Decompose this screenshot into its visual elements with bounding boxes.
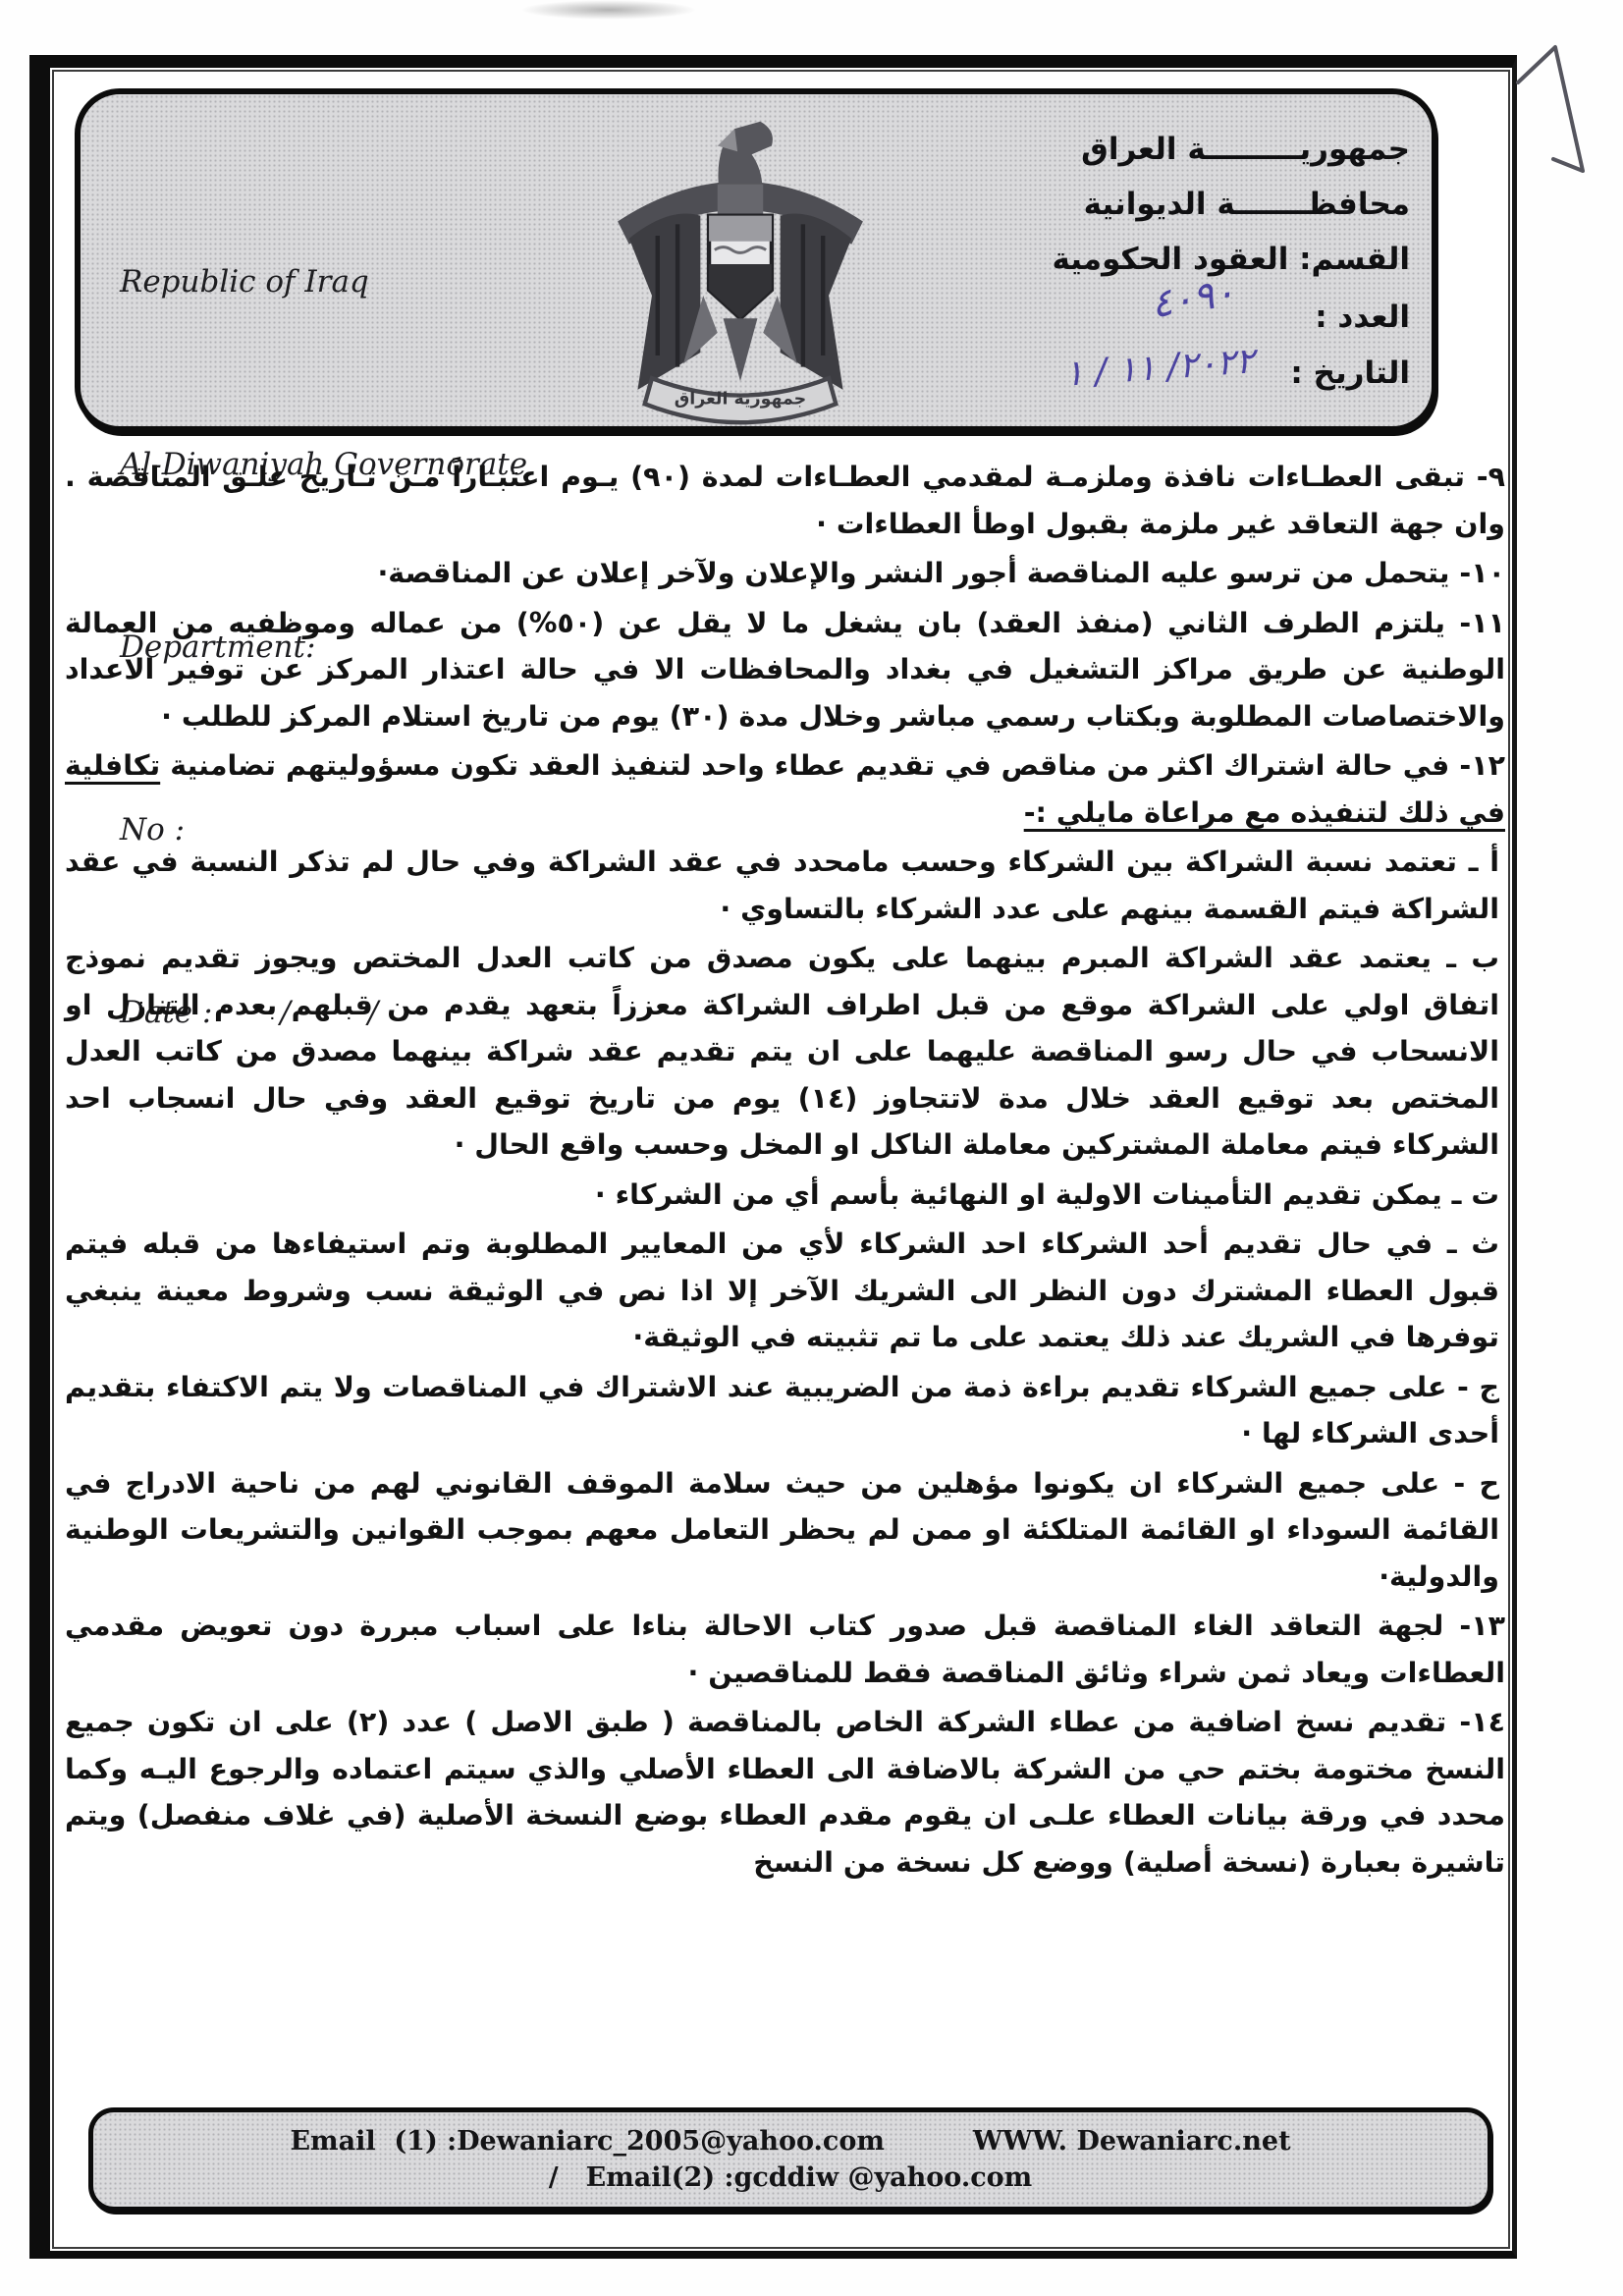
country-name-en: Republic of Iraq (120, 251, 527, 312)
country-name-ar: جمهوريـــــــــة العراق (958, 122, 1410, 177)
emblem-banner-text: جمهورية العراق (675, 389, 806, 409)
document-date-line: التاريخ : ٢٠٢٢/ ١١ / ١ (958, 345, 1410, 401)
clause-10: ١٠- يتحمل من ترسو عليه المناقصة أجور الن… (65, 550, 1505, 597)
document-number-line: العدد : ٤٠٩٠ (958, 287, 1410, 345)
clause-13: ١٣- لجهة التعاقد الغاء المناقصة قبل صدور… (65, 1603, 1505, 1696)
clause-12-t: ت ـ يمكن تقديم التأمينات الاولية او النه… (65, 1172, 1505, 1219)
number-label-ar: العدد : (1315, 300, 1410, 335)
document-date-handwritten: ٢٠٢٢/ ١١ / ١ (1062, 334, 1256, 402)
clause-12: ١٢- في حالة اشتراك اكثر من مناقص في تقدي… (65, 742, 1505, 836)
document-body: ٩- تبقى العطـاءات نافذة وملزمـة لمقدمي ا… (65, 454, 1505, 1888)
footer-website: WWW. Dewaniarc.net (973, 2126, 1291, 2157)
footer-email-2: Email(2) :gcddiw @yahoo.com (586, 2162, 1033, 2193)
clause-12-a: أ ـ تعتمد نسبة الشراكة بين الشركاء وحسب … (65, 839, 1505, 932)
clause-12-j: ج - على جميع الشركاء تقديم براءة ذمة من … (65, 1364, 1505, 1457)
clause-12-b: ب ـ يعتمد عقد الشراكة المبرم بينهما على … (65, 935, 1505, 1169)
iraq-eagle-emblem: جمهورية العراق (583, 116, 897, 444)
footer-contact-box: Email (1) :Dewaniarc_2005@yahoo.com WWW.… (88, 2107, 1492, 2212)
clause-12-th: ث ـ في حال تقديم أحد الشركاء احد الشركاء… (65, 1221, 1505, 1361)
pen-checkmark (1512, 41, 1622, 194)
footer-line-1: Email (1) :Dewaniarc_2005@yahoo.com WWW.… (93, 2126, 1488, 2157)
clause-11: ١١- يلتزم الطرف الثاني (منفذ العقد) بان … (65, 600, 1505, 740)
governorate-name-ar: محافظـــــــة الديوانية (958, 177, 1410, 232)
clause-9: ٩- تبقى العطـاءات نافذة وملزمـة لمقدمي ا… (65, 454, 1505, 547)
footer-email-1: Email (1) :Dewaniarc_2005@yahoo.com (290, 2126, 884, 2157)
clause-12-h: ح - على جميع الشركاء ان يكونوا مؤهلين من… (65, 1460, 1505, 1601)
document-number-handwritten: ٤٠٩٠ (1148, 265, 1240, 333)
scanned-document-page: محافظة الديوانية Republic of Iraq Al-Diw… (0, 0, 1623, 2296)
footer-line-2: / Email(2) :gcddiw @yahoo.com (93, 2162, 1488, 2193)
clause-14: ١٤- تقديم نسخ اضافية من عطاء الشركة الخا… (65, 1699, 1505, 1886)
letterhead: Republic of Iraq Al-Diwaniyah Governorat… (75, 88, 1437, 432)
letterhead-arabic: جمهوريـــــــــة العراق محافظـــــــة ال… (958, 122, 1410, 401)
date-label-ar: التاريخ : (1290, 355, 1410, 391)
scan-smudge-artifact (520, 0, 697, 20)
footer-email-2-separator: / (549, 2162, 559, 2193)
